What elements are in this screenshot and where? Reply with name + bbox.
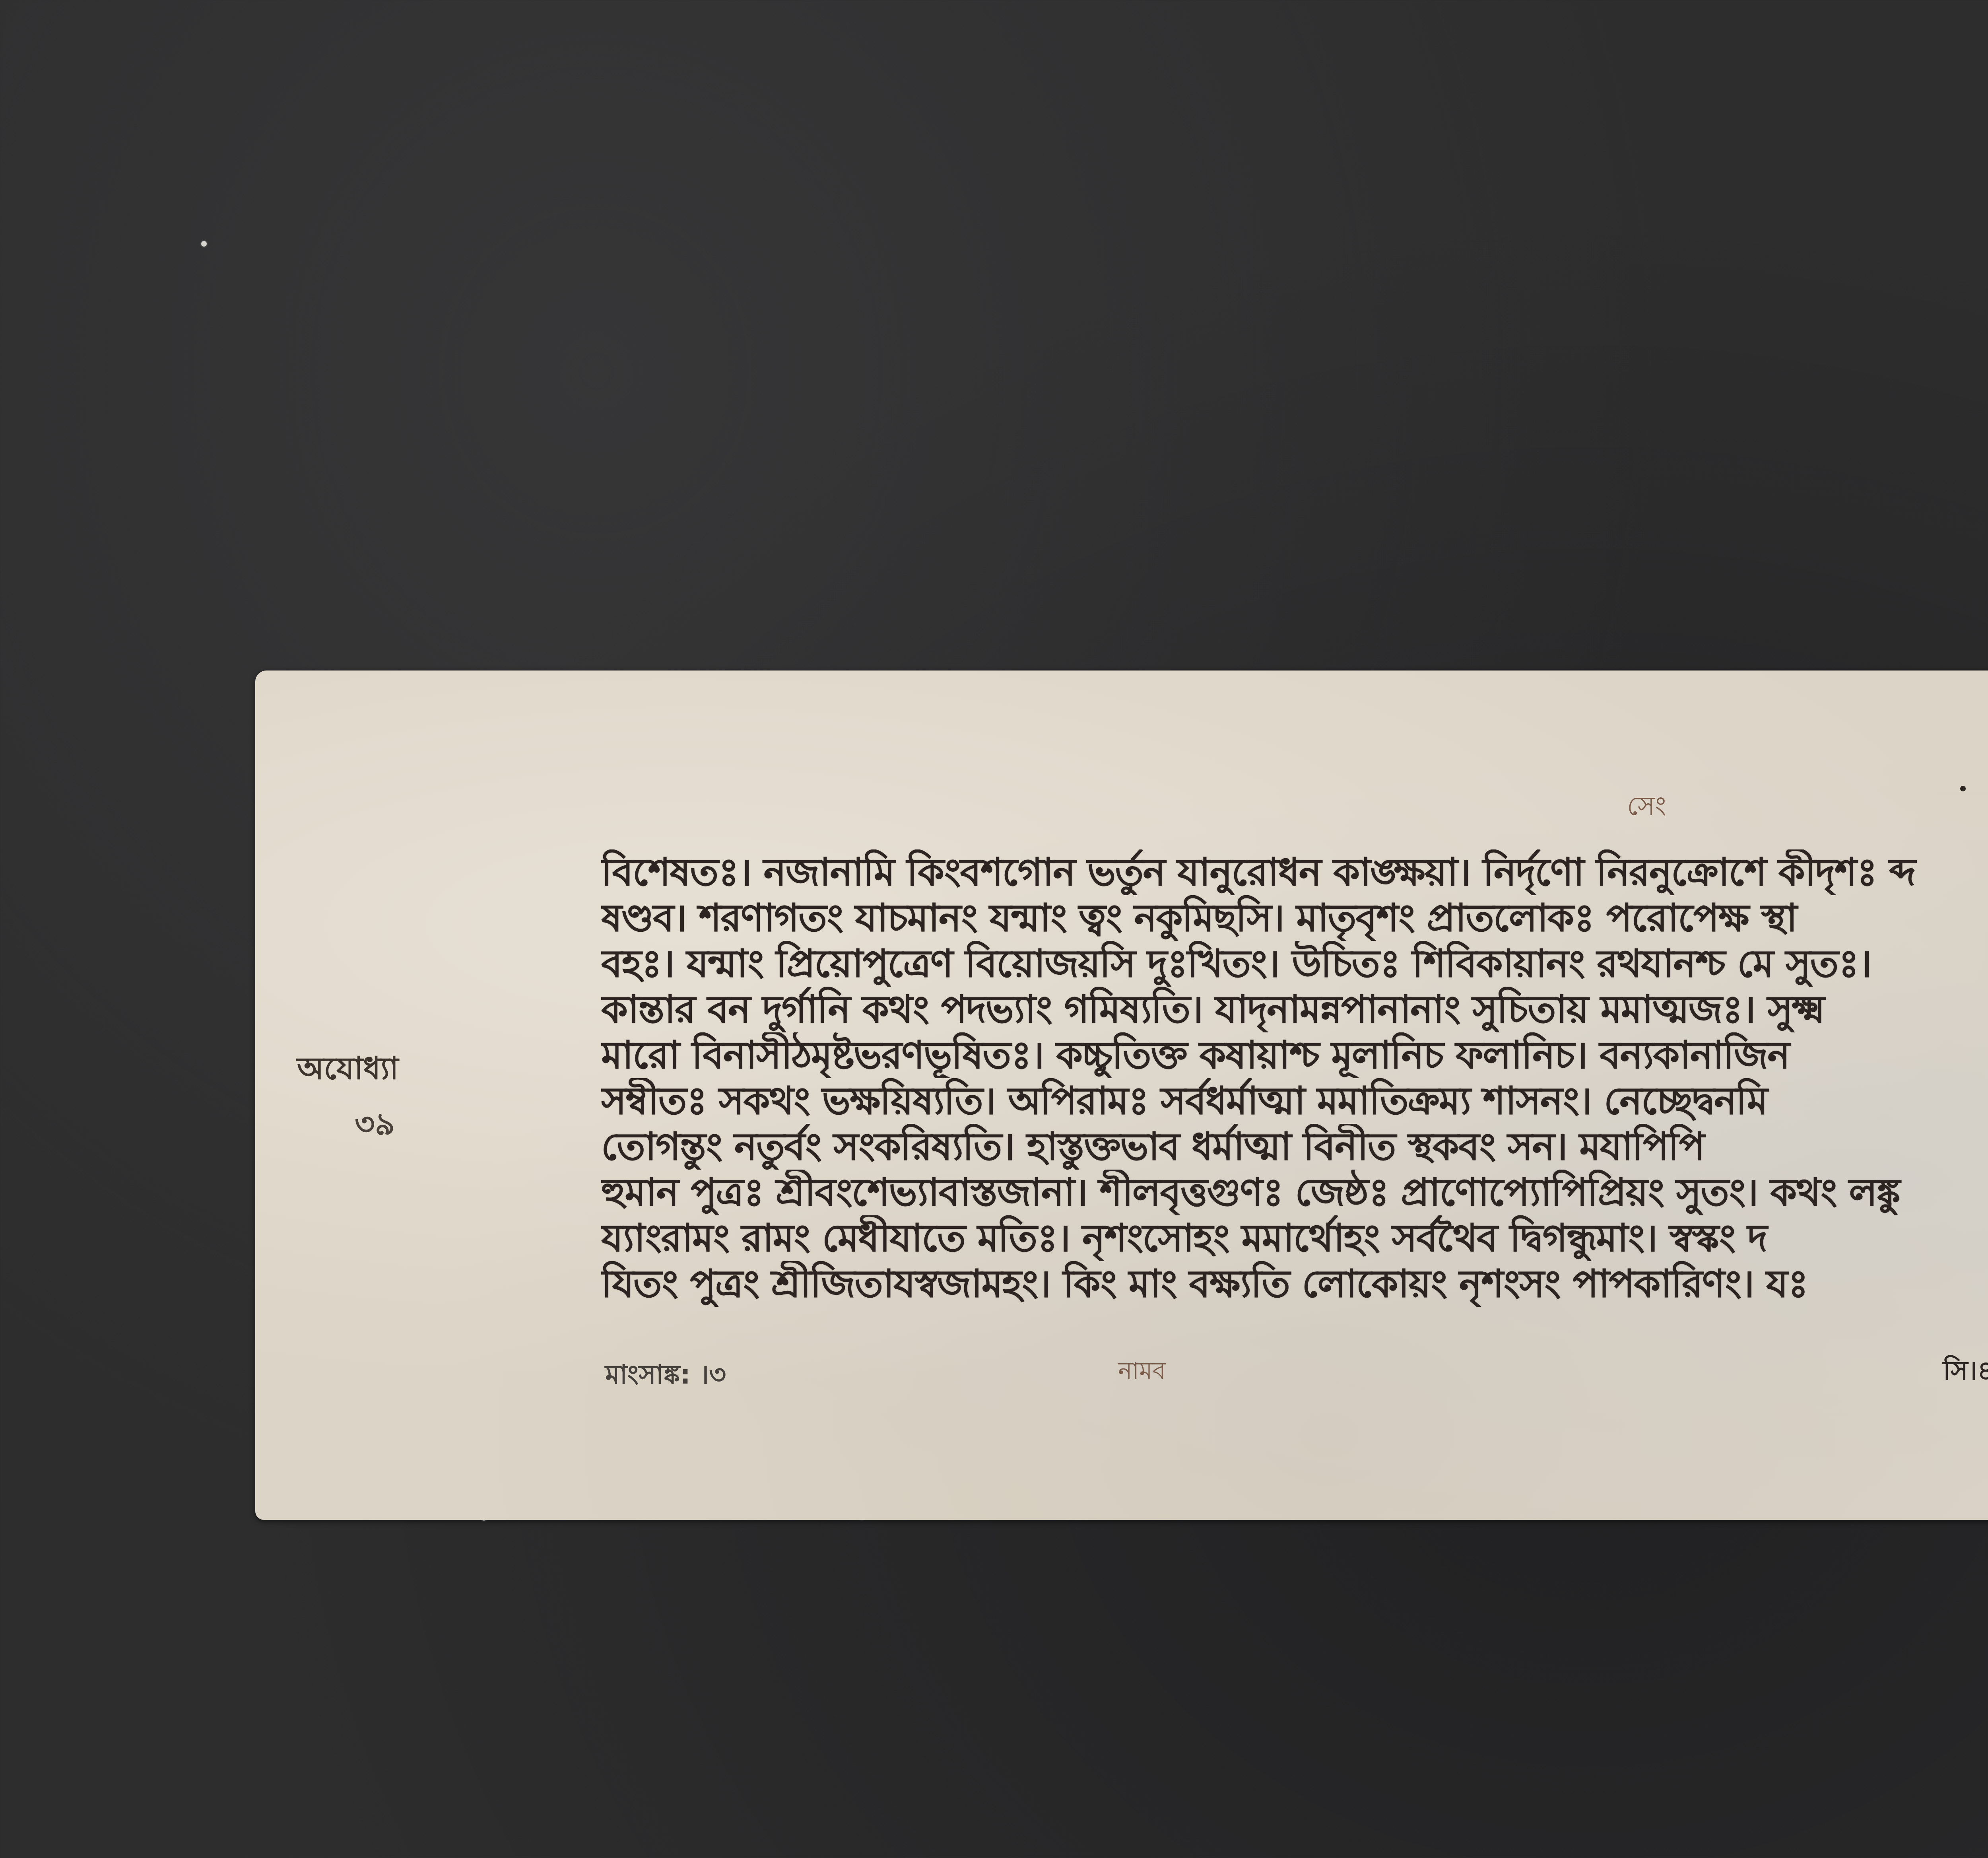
text-line-4: কান্তার বন দুর্গানি কথং পদভ্যাং গমিষ্যতি… xyxy=(601,987,1988,1032)
text-line-5: মারো বিনাসীঠমৃষ্টভরণভূষিতঃ। কচ্চুতিক্ত ক… xyxy=(601,1032,1988,1078)
manuscript-text-block: বিশেষতঃ। নজানামি কিংবশগোন ভর্তুন যানুরোধ… xyxy=(601,849,1988,1307)
text-line-1: বিশেষতঃ। নজানামি কিংবশগোন ভর্তুন যানুরোধ… xyxy=(601,849,1988,895)
text-line-10: যিতং পুত্রং শ্রীজিতাযস্বজামহং। কিং মাং ব… xyxy=(601,1261,1988,1307)
mounting-pin xyxy=(201,241,207,247)
text-line-7: তোগন্তুং নতুর্বং সংকরিষ্যতি। হাস্তুক্তভা… xyxy=(601,1124,1988,1170)
text-line-9: য্যাংরামং রামং মেধীযাতে মতিঃ। নৃশংসোহং ম… xyxy=(601,1215,1988,1261)
bottom-left-annotation: মাংসাঙ্ক: ।৩ xyxy=(605,1355,726,1398)
bottom-center-annotation: নামব xyxy=(1118,1353,1166,1392)
text-line-3: বহঃ। যন্মাং প্রিয়োপুত্রেণ বিয়োজয়সি দু… xyxy=(601,941,1988,987)
text-line-8: হুমান পুত্রঃ শ্রীবংশেভ্যাবাস্তজানা। শীলব… xyxy=(601,1170,1988,1215)
top-annotation: সেং xyxy=(1627,786,1666,830)
left-margin-number: ৩৯ xyxy=(355,1100,395,1152)
text-line-2: ষণ্ডব। শরণাগতং যাচমানং যন্মাং ত্বং নকুমি… xyxy=(601,895,1988,941)
left-margin-title: অযোধ্যা xyxy=(297,1044,398,1096)
bottom-right-annotation: সি।৪ xyxy=(1943,1351,1988,1394)
ink-dot xyxy=(1960,786,1966,791)
text-line-6: সম্বীতঃ সকথং ভক্ষয়িষ্যতি। অপিরামঃ সর্বধ… xyxy=(601,1078,1988,1124)
manuscript-folio: সেং অযোধ্যা ৩৯ ১৯৪ বিশেষতঃ। নজানামি কিংব… xyxy=(255,671,1988,1520)
